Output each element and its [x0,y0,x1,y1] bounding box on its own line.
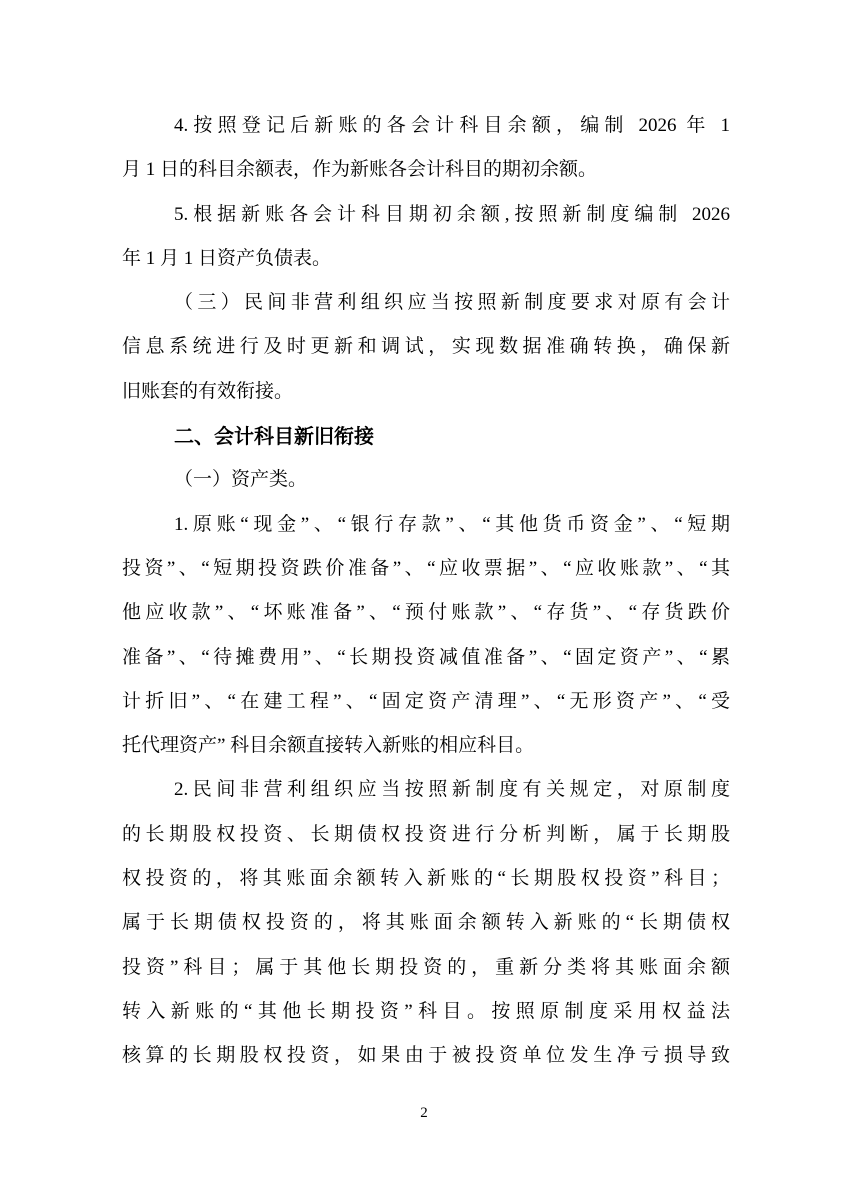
document-page: 4.按照登记后新账的各会计科目余额，编制 2026 年 1 月 1 日的科目余额… [0,0,848,1200]
text-line: 转入新账的“其他长期投资”科目。按照原制度采用权益法 [122,990,730,1034]
text-line: 旧账套的有效衔接。 [122,370,730,414]
text-line: 投资”科目；属于其他长期投资的，重新分类将其账面余额 [122,946,730,990]
text-line: 5.根据新账各会计科目期初余额,按照新制度编制 2026 [122,193,730,237]
document-body: 4.按照登记后新账的各会计科目余额，编制 2026 年 1 月 1 日的科目余额… [122,104,730,1079]
text-line: 的长期股权投资、长期债权投资进行分析判断，属于长期股 [122,813,730,857]
text-line: 属于长期债权投资的，将其账面余额转入新账的“长期债权 [122,901,730,945]
text-line: 4.按照登记后新账的各会计科目余额，编制 2026 年 1 [122,104,730,148]
text-line: 权投资的，将其账面余额转入新账的“长期股权投资”科目； [122,857,730,901]
text-line: （一）资产类。 [122,458,730,502]
text-line: 年 1 月 1 日资产负债表。 [122,237,730,281]
text-line: 月 1 日的科目余额表，作为新账各会计科目的期初余额。 [122,148,730,192]
text-line: 1.原账“现金”、“银行存款”、“其他货币资金”、“短期 [122,503,730,547]
text-line: 准备”、“待摊费用”、“长期投资减值准备”、“固定资产”、“累 [122,636,730,680]
text-line: 投资”、“短期投资跌价准备”、“应收票据”、“应收账款”、“其 [122,547,730,591]
text-line: （三）民间非营利组织应当按照新制度要求对原有会计 [122,281,730,325]
text-line: 2.民间非营利组织应当按照新制度有关规定，对原制度 [122,768,730,812]
section-heading: 二、会计科目新旧衔接 [122,414,730,458]
text-line: 他应收款”、“坏账准备”、“预付账款”、“存货”、“存货跌价 [122,591,730,635]
text-line: 计折旧”、“在建工程”、“固定资产清理”、“无形资产”、“受 [122,680,730,724]
text-line: 信息系统进行及时更新和调试，实现数据准确转换，确保新 [122,325,730,369]
text-line: 托代理资产” 科目余额直接转入新账的相应科目。 [122,724,730,768]
page-number: 2 [0,1103,848,1123]
text-line: 核算的长期股权投资，如果由于被投资单位发生净亏损导致 [122,1034,730,1078]
